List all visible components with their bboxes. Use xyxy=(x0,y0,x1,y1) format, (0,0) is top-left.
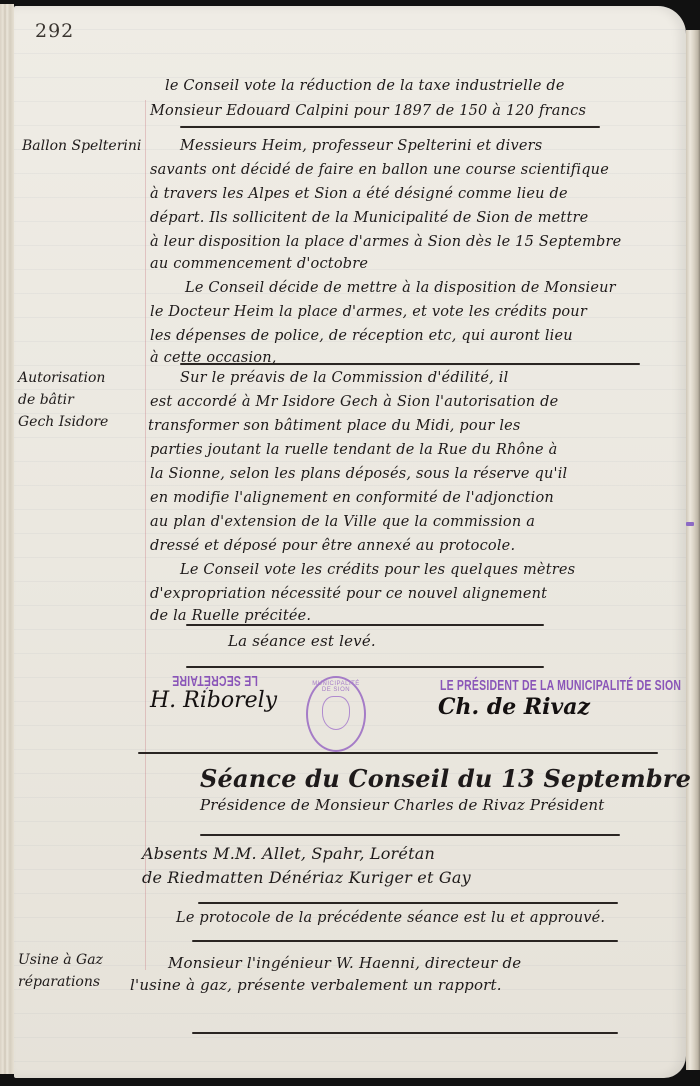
secretary-stamp: LE SECRÉTAIRE xyxy=(172,672,258,689)
section-divider xyxy=(180,363,640,365)
body-line: la Sionne, selon les plans déposés, sous… xyxy=(150,466,567,482)
body-line: est accordé à Mr Isidore Gech à Sion l'a… xyxy=(150,394,558,410)
body-line: transformer son bâtiment place du Midi, … xyxy=(148,418,521,434)
body-line: Le Conseil décide de mettre à la disposi… xyxy=(185,280,616,296)
session-presidency: Présidence de Monsieur Charles de Rivaz … xyxy=(200,796,605,814)
margin-note: Gech Isidore xyxy=(18,414,108,430)
body-line: à leur disposition la place d'armes à Si… xyxy=(150,234,621,250)
absents-line: Absents M.M. Allet, Spahr, Lorétan xyxy=(142,844,435,863)
margin-note: Autorisation xyxy=(18,370,105,386)
margin-note: Ballon Spelterini xyxy=(22,138,141,154)
body-line: parties joutant la ruelle tendant de la … xyxy=(150,442,557,458)
page-edges-left xyxy=(0,4,14,1074)
absents-line: de Riedmatten Dénériaz Kuriger et Gay xyxy=(142,868,471,887)
body-line: départ. Ils sollicitent de la Municipali… xyxy=(150,210,588,226)
section-divider xyxy=(192,940,618,942)
section-divider xyxy=(192,1032,618,1034)
body-line: Monsieur Edouard Calpini pour 1897 de 15… xyxy=(150,103,586,119)
margin-rule xyxy=(145,100,146,970)
body-line: Monsieur l'ingénieur W. Haenni, directeu… xyxy=(168,954,521,972)
body-line: de la Ruelle précitée. xyxy=(150,608,311,624)
body-line: le Conseil vote la réduction de la taxe … xyxy=(165,78,565,94)
body-line: en modifie l'alignement en conformité de… xyxy=(150,490,554,506)
body-line: d'expropriation nécessité pour ce nouvel… xyxy=(150,586,547,602)
body-line: savants ont décidé de faire en ballon un… xyxy=(150,162,609,178)
president-signature: Ch. de Rivaz xyxy=(438,694,590,720)
municipal-seal: MUNICIPALITÉ DE SION xyxy=(306,676,366,752)
body-line: Messieurs Heim, professeur Spelterini et… xyxy=(180,138,542,154)
body-line: le Docteur Heim la place d'armes, et vot… xyxy=(150,304,587,320)
margin-note: de bâtir xyxy=(18,392,74,408)
margin-note: réparations xyxy=(18,974,100,990)
page-edges-right xyxy=(686,30,700,1070)
seal-crest-icon xyxy=(322,696,350,730)
body-line: Sur le préavis de la Commission d'édilit… xyxy=(180,370,508,386)
protocol-approved-text: Le protocole de la précédente séance est… xyxy=(176,910,605,926)
margin-note: Usine à Gaz xyxy=(18,952,103,968)
body-line: au plan d'extension de la Ville que la c… xyxy=(150,514,535,530)
body-line: à travers les Alpes et Sion a été désign… xyxy=(150,186,568,202)
page-number: 292 xyxy=(35,20,74,42)
session-closed-text: La séance est levé. xyxy=(228,632,376,650)
section-divider xyxy=(186,666,544,668)
section-divider xyxy=(198,902,618,904)
body-line: les dépenses de police, de réception etc… xyxy=(150,328,573,344)
secretary-signature: H. Riborely xyxy=(150,688,277,713)
body-line: l'usine à gaz, présente verbalement un r… xyxy=(130,976,502,994)
session-divider xyxy=(138,752,658,754)
section-divider xyxy=(186,624,544,626)
president-stamp: LE PRÉSIDENT DE LA MUNICIPALITÉ DE SION xyxy=(440,678,681,695)
body-line: Le Conseil vote les crédits pour les que… xyxy=(180,562,575,578)
seal-text: MUNICIPALITÉ DE SION xyxy=(308,681,364,693)
body-line: au commencement d'octobre xyxy=(150,256,368,272)
book-scan: 292 le Conseil vote la réduction de la t… xyxy=(0,0,700,1086)
page-tab-marker xyxy=(686,522,694,526)
section-divider xyxy=(180,126,600,128)
session-title: Séance du Conseil du 13 Septembre 1898 xyxy=(200,764,700,793)
section-divider xyxy=(200,834,620,836)
body-line: dressé et déposé pour être annexé au pro… xyxy=(150,538,515,554)
